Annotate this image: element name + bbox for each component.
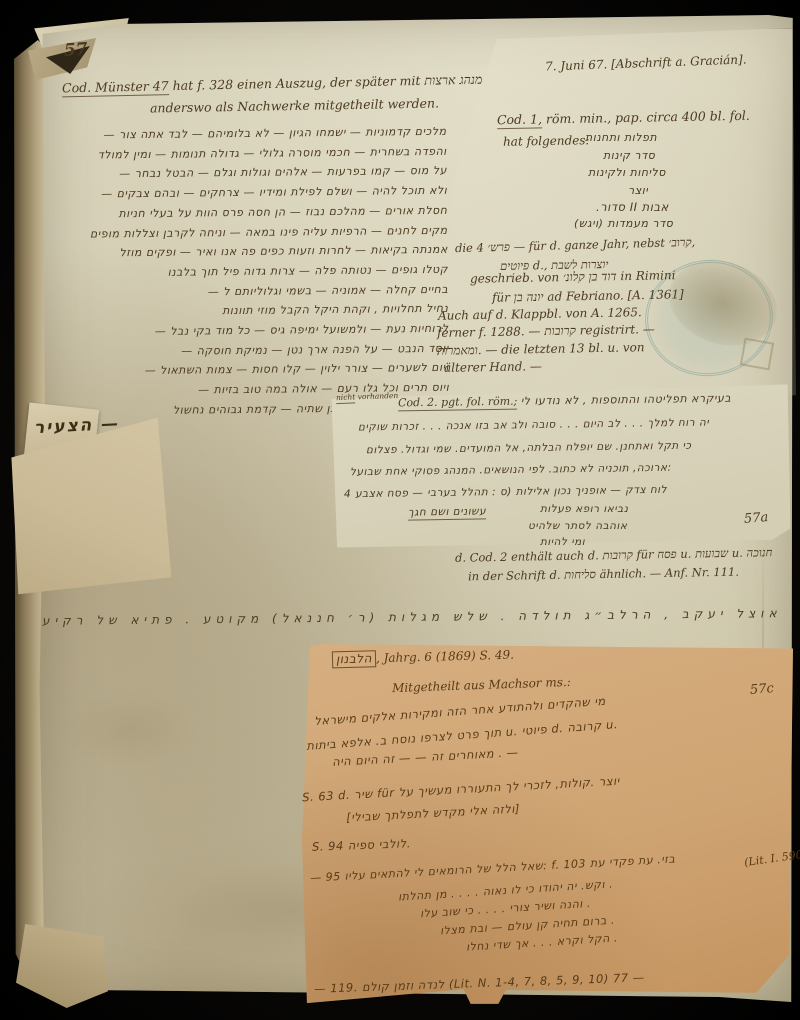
- photograph-of-manuscript-page: 57 Cod. Münster 47 hat f. 328 einen Ausz…: [0, 0, 800, 1020]
- slip-underlined-phrase: עשונים ושם חגך: [408, 505, 486, 520]
- faint-stamp-square: [740, 338, 774, 371]
- folio-number: 57: [63, 39, 88, 61]
- content-list-item: יוצר: [628, 184, 648, 197]
- content-list-item: תפלות ותחנות: [585, 131, 657, 144]
- cod2-reference: Cod. 2. pgt. fol. röm.;: [398, 395, 517, 412]
- slip-col-line: נביאו רופא פעלות: [540, 503, 628, 515]
- content-list-item: סדר קינות: [603, 149, 655, 162]
- slip-col-line: ומי להיות: [540, 536, 585, 548]
- slip-col-line: אוהבה לסתר שלהיט: [528, 520, 627, 532]
- journal-name-boxed: הלבנון: [332, 650, 376, 668]
- sheet-label-57c: 57c: [750, 681, 775, 698]
- margin-annotation-rest: vorhanden: [355, 391, 398, 401]
- pasted-orange-paper: [300, 642, 796, 1006]
- hebrew-text-block: מלכים קדמוניות — ישמחו הגיון — לא בלומיה…: [26, 122, 449, 422]
- content-list-item: סליחות ולקינות: [588, 166, 666, 179]
- cod-number: Cod. 1,: [497, 111, 542, 129]
- header-cod-reference: Cod. Münster 47: [62, 78, 169, 97]
- content-list-item: אבות II סדור.: [596, 200, 669, 214]
- torn-corner-piece-bottom: [16, 924, 108, 1008]
- right-note-german-line: älterer Hand. —: [444, 359, 542, 375]
- content-list-item: סדר מעמדות (ויגש): [574, 217, 673, 230]
- sheet-label-57a: 57a: [744, 510, 769, 527]
- hat-folgendes-label: hat folgendes:: [503, 133, 590, 149]
- margin-annotation-underlined: nicht: [336, 392, 356, 404]
